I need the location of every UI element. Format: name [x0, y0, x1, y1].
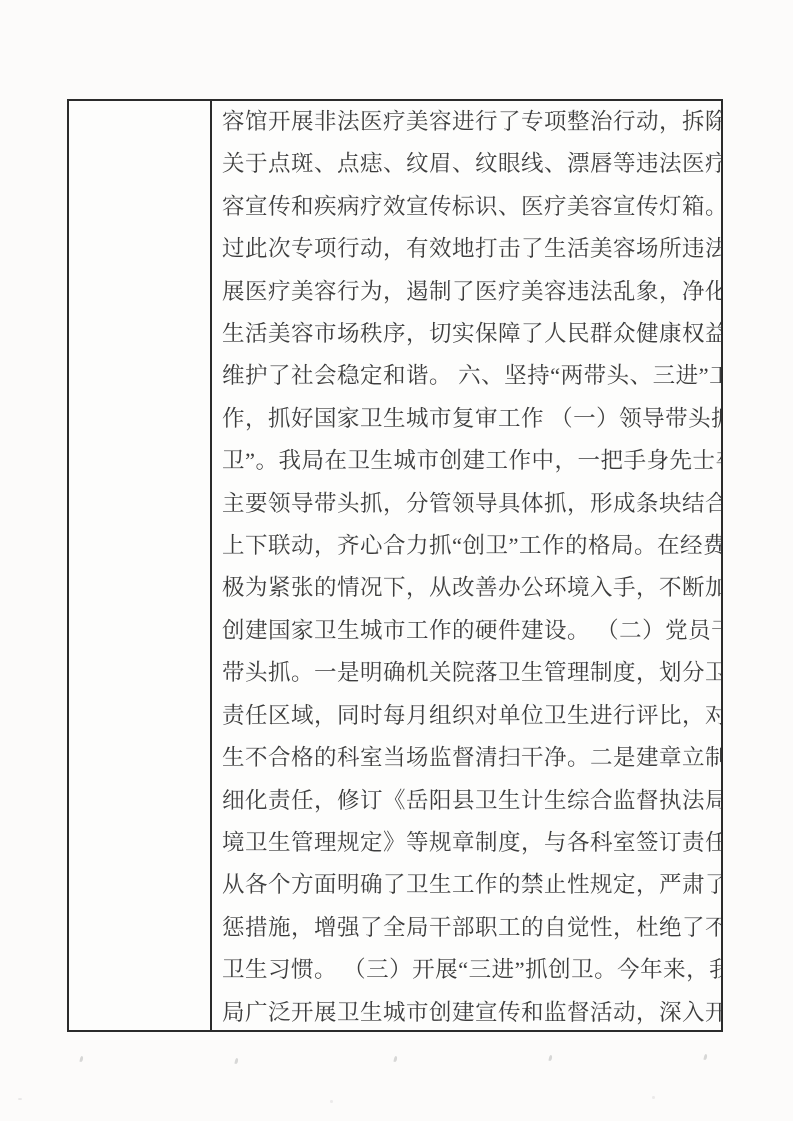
text-line: 主要领导带头抓，分管领导具体抓，形成条块结合，: [222, 483, 711, 525]
text-line: 维护了社会稳定和谐。 六、坚持“两带头、三进”工: [222, 355, 711, 397]
text-line: 细化责任，修订《岳阳县卫生计生综合监督执法局环: [222, 780, 711, 822]
text-line: 容馆开展非法医疗美容进行了专项整治行动，拆除了: [222, 101, 711, 143]
scan-speck: [548, 1055, 552, 1061]
report-table: 容馆开展非法医疗美容进行了专项整治行动，拆除了 关于点斑、点痣、纹眉、纹眼线、漂…: [67, 99, 723, 1032]
scan-speck: [79, 1056, 83, 1062]
text-line: 责任区域，同时每月组织对单位卫生进行评比，对卫: [222, 695, 711, 737]
text-line: 卫”。我局在卫生城市创建工作中，一把手身先士卒，: [222, 440, 711, 482]
text-line: 生活美容市场秩序，切实保障了人民群众健康权益，: [222, 313, 711, 355]
text-line: 境卫生管理规定》等规章制度，与各科室签订责任状，: [222, 822, 711, 864]
text-line: 关于点斑、点痣、纹眉、纹眼线、漂唇等违法医疗美: [222, 143, 711, 185]
scan-speck: [652, 1096, 655, 1099]
scan-speck: [18, 1098, 22, 1100]
scan-speck: [393, 1056, 397, 1062]
text-line: 带头抓。一是明确机关院落卫生管理制度，划分卫生: [222, 652, 711, 694]
table-cell-content: 容馆开展非法医疗美容进行了专项整治行动，拆除了 关于点斑、点痣、纹眉、纹眼线、漂…: [212, 101, 721, 1030]
scan-speck: [234, 1058, 238, 1064]
text-line: 生不合格的科室当场监督清扫干净。二是建章立制，: [222, 737, 711, 779]
text-line: 过此次专项行动，有效地打击了生活美容场所违法开: [222, 228, 711, 270]
document-page: 容馆开展非法医疗美容进行了专项整治行动，拆除了 关于点斑、点痣、纹眉、纹眼线、漂…: [0, 0, 793, 1121]
text-line: 容宣传和疾病疗效宣传标识、医疗美容宣传灯箱。通: [222, 186, 711, 228]
text-line: 惩措施，增强了全局干部职工的自觉性，杜绝了不良: [222, 907, 711, 949]
text-line: 上下联动，齐心合力抓“创卫”工作的格局。在经费: [222, 525, 711, 567]
text-line: 卫生习惯。 （三）开展“三进”抓创卫。今年来，我: [222, 949, 711, 991]
text-line: 展医疗美容行为，遏制了医疗美容违法乱象，净化了: [222, 271, 711, 313]
text-line: 创建国家卫生城市工作的硬件建设。 （二）党员干部: [222, 610, 711, 652]
table-cell-label-empty: [69, 101, 212, 1030]
scan-speck: [330, 1100, 333, 1103]
text-line: 局广泛开展卫生城市创建宣传和监督活动，深入开展: [222, 992, 711, 1030]
scan-speck: [703, 1054, 707, 1060]
text-line: 极为紧张的情况下，从改善办公环境入手，不断加强: [222, 567, 711, 609]
text-line: 作，抓好国家卫生城市复审工作 （一）领导带头抓“创: [222, 398, 711, 440]
text-line: 从各个方面明确了卫生工作的禁止性规定，严肃了奖: [222, 864, 711, 906]
